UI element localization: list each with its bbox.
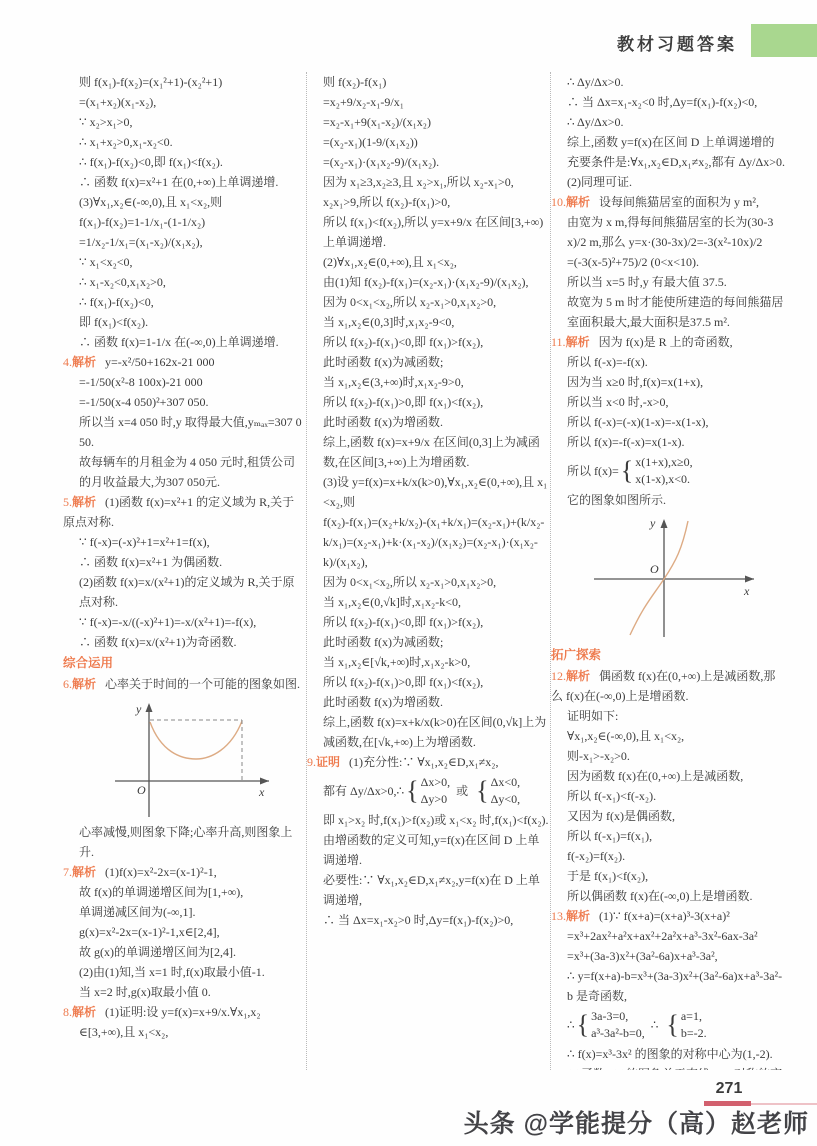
answer-line: 证明如下: [567,706,785,726]
answer-line: ∀x₁,x₂∈(-∞,0),且 x₁<x₂, [567,726,785,746]
solution-label: 解析 [72,495,96,509]
solution-start-line: 6.解析心率关于时间的一个可能的图象如图. [63,674,306,694]
answer-line: 所以 f(-x)=-f(x). [567,352,785,372]
cases-row: Δy>0 [421,791,450,808]
cases-row: Δx<0, [491,774,520,791]
cases-row: Δx>0, [421,774,450,791]
answer-line: g(x)=x²-2x=(x-1)²-1,x∈[2,4], [79,922,306,942]
answer-line: ∴ 函数 f(x)=x²+1 在(0,+∞)上单调递增. [79,172,306,192]
answer-line: (2)函数 f(x)的图象关于直线 x=a 对称的充要条件是 y=f(x+a)为… [567,1064,785,1070]
answer-line: 则 f(x₁)-f(x₂)=(x₁²+1)-(x₂²+1) [79,72,306,92]
solution-text: (1)∵ f(x+a)=(x+a)³-3(x+a)² [599,909,730,923]
page-header-title: 教材习题答案 [617,30,737,55]
answer-line: ∵ x₂>x₁>0, [79,112,306,132]
cases-stack: Δx>0,Δy>0 [421,774,450,808]
answer-line: 所以当 x=4 050 时,y 取得最大值,yₘₐₓ=307 050. [79,412,306,452]
answer-line: 所以 f(x₂)-f(x₁)>0,即 f(x₁)<f(x₂), [323,672,550,692]
cases-stack: a=1,b=-2. [681,1008,707,1042]
answer-line: 因为 x₁≥3,x₂≥3,且 x₂>x₁,所以 x₂-x₁>0, [323,172,550,192]
answer-line: ∵ x₁<x₂<0, [79,252,306,272]
answer-line: 此时函数 f(x)为增函数. [323,692,550,712]
solution-start-line: 7.解析(1)f(x)=x²-2x=(x-1)²-1, [63,862,306,882]
green-edge-tab [751,24,817,57]
answer-line: ∴ x₁-x₂<0,x₁x₂>0, [79,272,306,292]
answer-line: f(x₂)-f(x₁)=(x₂+k/x₂)-(x₁+k/x₁)=(x₂-x₁)+… [323,512,550,572]
answer-line: 当 x₁,x₂∈(0,√k]时,x₁x₂-k<0, [323,592,550,612]
answer-line: 所以 f(x₂)-f(x₁)<0,即 f(x₁)>f(x₂), [323,332,550,352]
answer-line: 所以当 x=5 时,y 有最大值 37.5. [567,272,785,292]
content-columns: 则 f(x₁)-f(x₂)=(x₁²+1)-(x₂²+1)=(x₁+x₂)(x₁… [63,72,785,1070]
answer-line: (3)∀x₁,x₂∈(-∞,0),且 x₁<x₂,则 [79,192,306,212]
system-of-equations: 都有 Δy/Δx>0,∴{Δx>0,Δy>0或{Δx<0,Δy<0, [323,774,550,808]
solution-label: 解析 [566,909,590,923]
solution-text: y=-x²/50+162x-21 000 [105,355,214,369]
answer-line: =(x₁+x₂)(x₁-x₂), [79,92,306,112]
answer-line: 此时函数 f(x)为减函数; [323,352,550,372]
answer-line: 当 x₁,x₂∈[√k,+∞)时,x₁x₂-k>0, [323,652,550,672]
solution-start-line: 8.解析(1)证明:设 y=f(x)=x+9/x.∀x₁,x₂ [63,1002,306,1022]
solution-start-line: 9.证明(1)充分性:∵ ∀x₁,x₂∈D,x₁≠x₂, [307,752,550,772]
answer-line: ∴ x₁+x₂>0,x₁-x₂<0. [79,132,306,152]
answer-line: =x₂-x₁+9(x₁-x₂)/(x₁x₂) [323,112,550,132]
answer-line: 此时函数 f(x)为增函数. [323,412,550,432]
solution-start-line: 13.解析(1)∵ f(x+a)=(x+a)³-3(x+a)² [551,906,785,926]
answer-line: 由增函数的定义可知,y=f(x)在区间 D 上单调递增. [323,830,550,870]
cases-stack: 3a-3=0,a³-3a²-b=0, [591,1008,645,1042]
answer-line: 当 x=2 时,g(x)取最小值 0. [79,982,306,1002]
answer-line: 所以偶函数 f(x)在(-∞,0)上是增函数. [567,886,785,906]
answer-line: 即 x₁>x₂ 时,f(x₁)>f(x₂)或 x₁<x₂ 时,f(x₁)<f(x… [323,810,550,830]
solution-text: (1)证明:设 y=f(x)=x+9/x.∀x₁,x₂ [105,1005,261,1019]
system-of-equations: ∴{3a-3=0,a³-3a²-b=0,∴{a=1,b=-2. [567,1008,785,1042]
column-left: 则 f(x₁)-f(x₂)=(x₁²+1)-(x₂²+1)=(x₁+x₂)(x₁… [63,72,306,1070]
solution-start-line: 4.解析y=-x²/50+162x-21 000 [63,352,306,372]
cases-row: a=1, [681,1008,707,1025]
answer-line: 单调递减区间为(-∞,1]. [79,902,306,922]
page-number: 271 [706,1080,752,1098]
answer-line: 当 x₁,x₂∈(0,3]时,x₁x₂-9<0, [323,312,550,332]
cases-row: Δy<0, [491,791,520,808]
answer-line: =(x₂-x₁)·(x₁x₂-9)/(x₁x₂). [323,152,550,172]
answer-line: (2)由(1)知,当 x=1 时,f(x)取最小值-1. [79,962,306,982]
answer-line: 又因为 f(x)是偶函数, [567,806,785,826]
solution-label: 解析 [566,669,590,683]
problem-number: 10. [551,195,566,209]
answer-line: 必要性:∵ ∀x₁,x₂∈D,x₁≠x₂,y=f(x)在 D 上单调递增, [323,870,550,910]
answer-line: 所以 f(x₂)-f(x₁)>0,即 f(x₁)<f(x₂), [323,392,550,412]
answer-line: ∴ Δy/Δx>0. [567,72,785,92]
section-header: 综合运用 [63,652,306,674]
answer-line: x₂x₁>9,所以 f(x₂)-f(x₁)>0, [323,192,550,212]
cases-pre: 所以 f(x)= [567,461,619,481]
answer-line: 因为 0<x₁<x₂,所以 x₂-x₁>0,x₁x₂>0, [323,572,550,592]
answer-line: 故 f(x)的单调递增区间为[1,+∞), [79,882,306,902]
answer-line: 故宽为 5 m 时才能使所建造的每间熊猫居室面积最大,最大面积是37.5 m². [567,292,785,332]
problem-number: 9. [307,755,316,769]
answer-line: 故每辆车的月租金为 4 050 元时,租赁公司的月收益最大,为307 050元. [79,452,306,492]
answer-line: 它的图象如图所示. [567,490,785,510]
origin-label: O [137,783,146,797]
answer-line: 综上,函数 f(x)=x+k/x(k>0)在区间(0,√k]上为减函数,在[√k… [323,712,550,752]
left-brace: { [406,781,418,801]
problem-number: 8. [63,1005,72,1019]
cases-pre: 都有 Δy/Δx>0,∴ [323,781,404,801]
answer-line: ∴ 函数 f(x)=x²+1 为偶函数. [79,552,306,572]
piecewise-definition: 所以 f(x)={x(1+x),x≥0,x(1-x),x<0. [567,454,785,488]
answer-line: 所以 f(-x₁)<f(-x₂). [567,786,785,806]
cases-joiner: ∴ [651,1015,659,1035]
problem-number: 5. [63,495,72,509]
cases-row: b=-2. [681,1025,707,1042]
answer-line: 所以 f(-x)=(-x)(1-x)=-x(1-x), [567,412,785,432]
answer-line: 所以 f(x₂)-f(x₁)<0,即 f(x₁)>f(x₂), [323,612,550,632]
answer-line: 即 f(x₁)<f(x₂). [79,312,306,332]
solution-label: 解析 [72,865,96,879]
answer-line: 综上,函数 y=f(x)在区间 D 上单调递增的充要条件是:∀x₁,x₂∈D,x… [567,132,785,172]
y-axis-label: y [135,702,142,716]
answer-line: ∴ 函数 f(x)=1-1/x 在(-∞,0)上单调递增. [79,332,306,352]
answer-line: =x³+2ax²+a²x+ax²+2a²x+a³-3x²-6ax-3a² [567,926,785,946]
solution-text: 心率关于时间的一个可能的图象如图. [105,677,300,691]
column-middle: 则 f(x₂)-f(x₁)=x₂+9/x₂-x₁-9/x₁=x₂-x₁+9(x₁… [306,72,550,1070]
answer-line: ∴ 当 Δx=x₁-x₂>0 时,Δy=f(x₁)-f(x₂)>0, [323,910,550,930]
answer-line: 则 f(x₂)-f(x₁) [323,72,550,92]
answer-line: 心率减慢,则图象下降;心率升高,则图象上升. [79,822,306,862]
answer-line: 所以 f(-x₁)=f(x₁), [567,826,785,846]
cases-row: x(1+x),x≥0, [635,454,692,471]
answer-line: 综上,函数 f(x)=x+9/x 在区间(0,3]上为减函数,在区间[3,+∞)… [323,432,550,472]
answer-line: 由宽为 x m,得每间熊猫居室的长为(30-3x)/2 m,那么 y=x·(30… [567,212,785,252]
answer-line: =x₂+9/x₂-x₁-9/x₁ [323,92,550,112]
left-brace: { [476,781,488,801]
answer-line: =(x₂-x₁)(1-9/(x₁x₂)) [323,132,550,152]
answer-line: ∴ y=f(x+a)-b=x³+(3a-3)x²+(3a²-6a)x+a³-3a… [567,966,785,1006]
answer-line: ∵ f(-x)=-x/((-x)²+1)=-x/(x²+1)=-f(x), [79,612,306,632]
solution-label: 解析 [566,195,590,209]
cases-stack: Δx<0,Δy<0, [491,774,520,808]
y-axis-label: y [649,516,656,530]
cases-row: 3a-3=0, [591,1008,645,1025]
answer-line: 由(1)知 f(x₂)-f(x₁)=(x₂-x₁)·(x₁x₂-9)/(x₁x₂… [323,272,550,292]
figure-problem-6: y x O [79,697,306,819]
solution-text: (1)f(x)=x²-2x=(x-1)²-1, [105,865,217,879]
answer-line: ∴ f(x)=x³-3x² 的图象的对称中心为(1,-2). [567,1044,785,1064]
answer-line: 所以当 x<0 时,-x>0, [567,392,785,412]
origin-label: O [650,562,659,576]
problem-number: 11. [551,335,566,349]
solution-start-line: 10.解析设每间熊猫居室的面积为 y m², [551,192,785,212]
answer-line: ∴ Δy/Δx>0. [567,112,785,132]
answer-line: 此时函数 f(x)为减函数; [323,632,550,652]
solution-start-line: 12.解析偶函数 f(x)在(0,+∞)上是减函数,那么 f(x)在(-∞,0)… [551,666,785,706]
cases-row: a³-3a²-b=0, [591,1025,645,1042]
solution-text: 因为 f(x)是 R 上的奇函数, [599,335,733,349]
solution-text: 设每间熊猫居室的面积为 y m², [599,195,759,209]
left-brace: { [666,1015,678,1035]
answer-line: =x³+(3a-3)x²+(3a²-6a)x+a³-3a², [567,946,785,966]
answer-line: f(-x₂)=f(x₂). [567,846,785,866]
problem-number: 4. [63,355,72,369]
x-axis-label: x [743,584,750,598]
cases-stack: x(1+x),x≥0,x(1-x),x<0. [635,454,692,488]
cases-pre: ∴ [567,1015,575,1035]
answer-line: =1/x₂-1/x₁=(x₁-x₂)/(x₁x₂), [79,232,306,252]
answer-line: 因为函数 f(x)在(0,+∞)上是减函数, [567,766,785,786]
solution-label: 证明 [316,755,340,769]
cases-row: x(1-x),x<0. [635,471,692,488]
answer-line: 故 g(x)的单调递增区间为[2,4]. [79,942,306,962]
solution-text: (1)充分性:∵ ∀x₁,x₂∈D,x₁≠x₂, [349,755,498,769]
column-right: ∴ Δy/Δx>0.∴ 当 Δx=x₁-x₂<0 时,Δy=f(x₁)-f(x₂… [550,72,785,1070]
solution-start-line: 5.解析(1)函数 f(x)=x²+1 的定义域为 R,关于原点对称. [63,492,306,532]
answer-line: f(x₁)-f(x₂)=1-1/x₁-(1-1/x₂) [79,212,306,232]
answer-line: 所以 f(x₁)<f(x₂),所以 y=x+9/x 在区间[3,+∞)上单调递增… [323,212,550,252]
problem-number: 7. [63,865,72,879]
answer-line: ∴ 函数 f(x)=x/(x²+1)为奇函数. [79,632,306,652]
watermark-text: 头条 @学能提分（高）赵老师 [464,1104,809,1140]
section-header: 拓广探索 [551,644,785,666]
cases-joiner: 或 [456,781,468,801]
textbook-answer-page: 教材习题答案 则 f(x₁)-f(x₂)=(x₁²+1)-(x₂²+1)=(x₁… [0,0,817,1146]
solution-start-line: 11.解析因为 f(x)是 R 上的奇函数, [551,332,785,352]
answer-line: 所以 f(x)=-f(-x)=x(1-x). [567,432,785,452]
x-axis-label: x [258,785,265,799]
answer-line: 因为当 x≥0 时,f(x)=x(1+x), [567,372,785,392]
problem-number: 6. [63,677,72,691]
solution-text: (1)函数 f(x)=x²+1 的定义域为 R,关于原点对称. [63,495,294,529]
left-brace: { [621,461,633,481]
answer-line: (2)函数 f(x)=x/(x²+1)的定义域为 R,关于原点对称. [79,572,306,612]
answer-line: (2)同理可证. [567,172,785,192]
answer-line: ∴ f(x₁)-f(x₂)<0, [79,292,306,312]
answer-line: ∴ 当 Δx=x₁-x₂<0 时,Δy=f(x₁)-f(x₂)<0, [567,92,785,112]
solution-label: 解析 [72,677,96,691]
answer-line: 因为 0<x₁<x₂,所以 x₂-x₁>0,x₁x₂>0, [323,292,550,312]
answer-line: (3)设 y=f(x)=x+k/x(k>0),∀x₁,x₂∈(0,+∞),且 x… [323,472,550,512]
answer-line: =-1/50(x-4 050)²+307 050. [79,392,306,412]
answer-line: 于是 f(x₁)<f(x₂), [567,866,785,886]
solution-label: 解析 [566,335,590,349]
answer-line: ∵ f(-x)=(-x)²+1=x²+1=f(x), [79,532,306,552]
answer-line: 当 x₁,x₂∈(3,+∞)时,x₁x₂-9>0, [323,372,550,392]
odd-function-graph: y x O [586,513,766,641]
problem-number: 13. [551,909,566,923]
problem-number: 12. [551,669,566,683]
answer-line: 则-x₁>-x₂>0. [567,746,785,766]
solution-label: 解析 [72,1005,96,1019]
heart-rate-graph: y x O [103,697,283,819]
answer-line: =-1/50(x²-8 100x)-21 000 [79,372,306,392]
answer-line: ∴ f(x₁)-f(x₂)<0,即 f(x₁)<f(x₂). [79,152,306,172]
left-brace: { [577,1015,589,1035]
answer-line: =(-3(x-5)²+75)/2 (0<x<10). [567,252,785,272]
answer-line: (2)∀x₁,x₂∈(0,+∞),且 x₁<x₂, [323,252,550,272]
solution-label: 解析 [72,355,96,369]
figure-problem-11: y x O [567,513,785,641]
answer-line: ∈[3,+∞),且 x₁<x₂, [79,1022,306,1042]
